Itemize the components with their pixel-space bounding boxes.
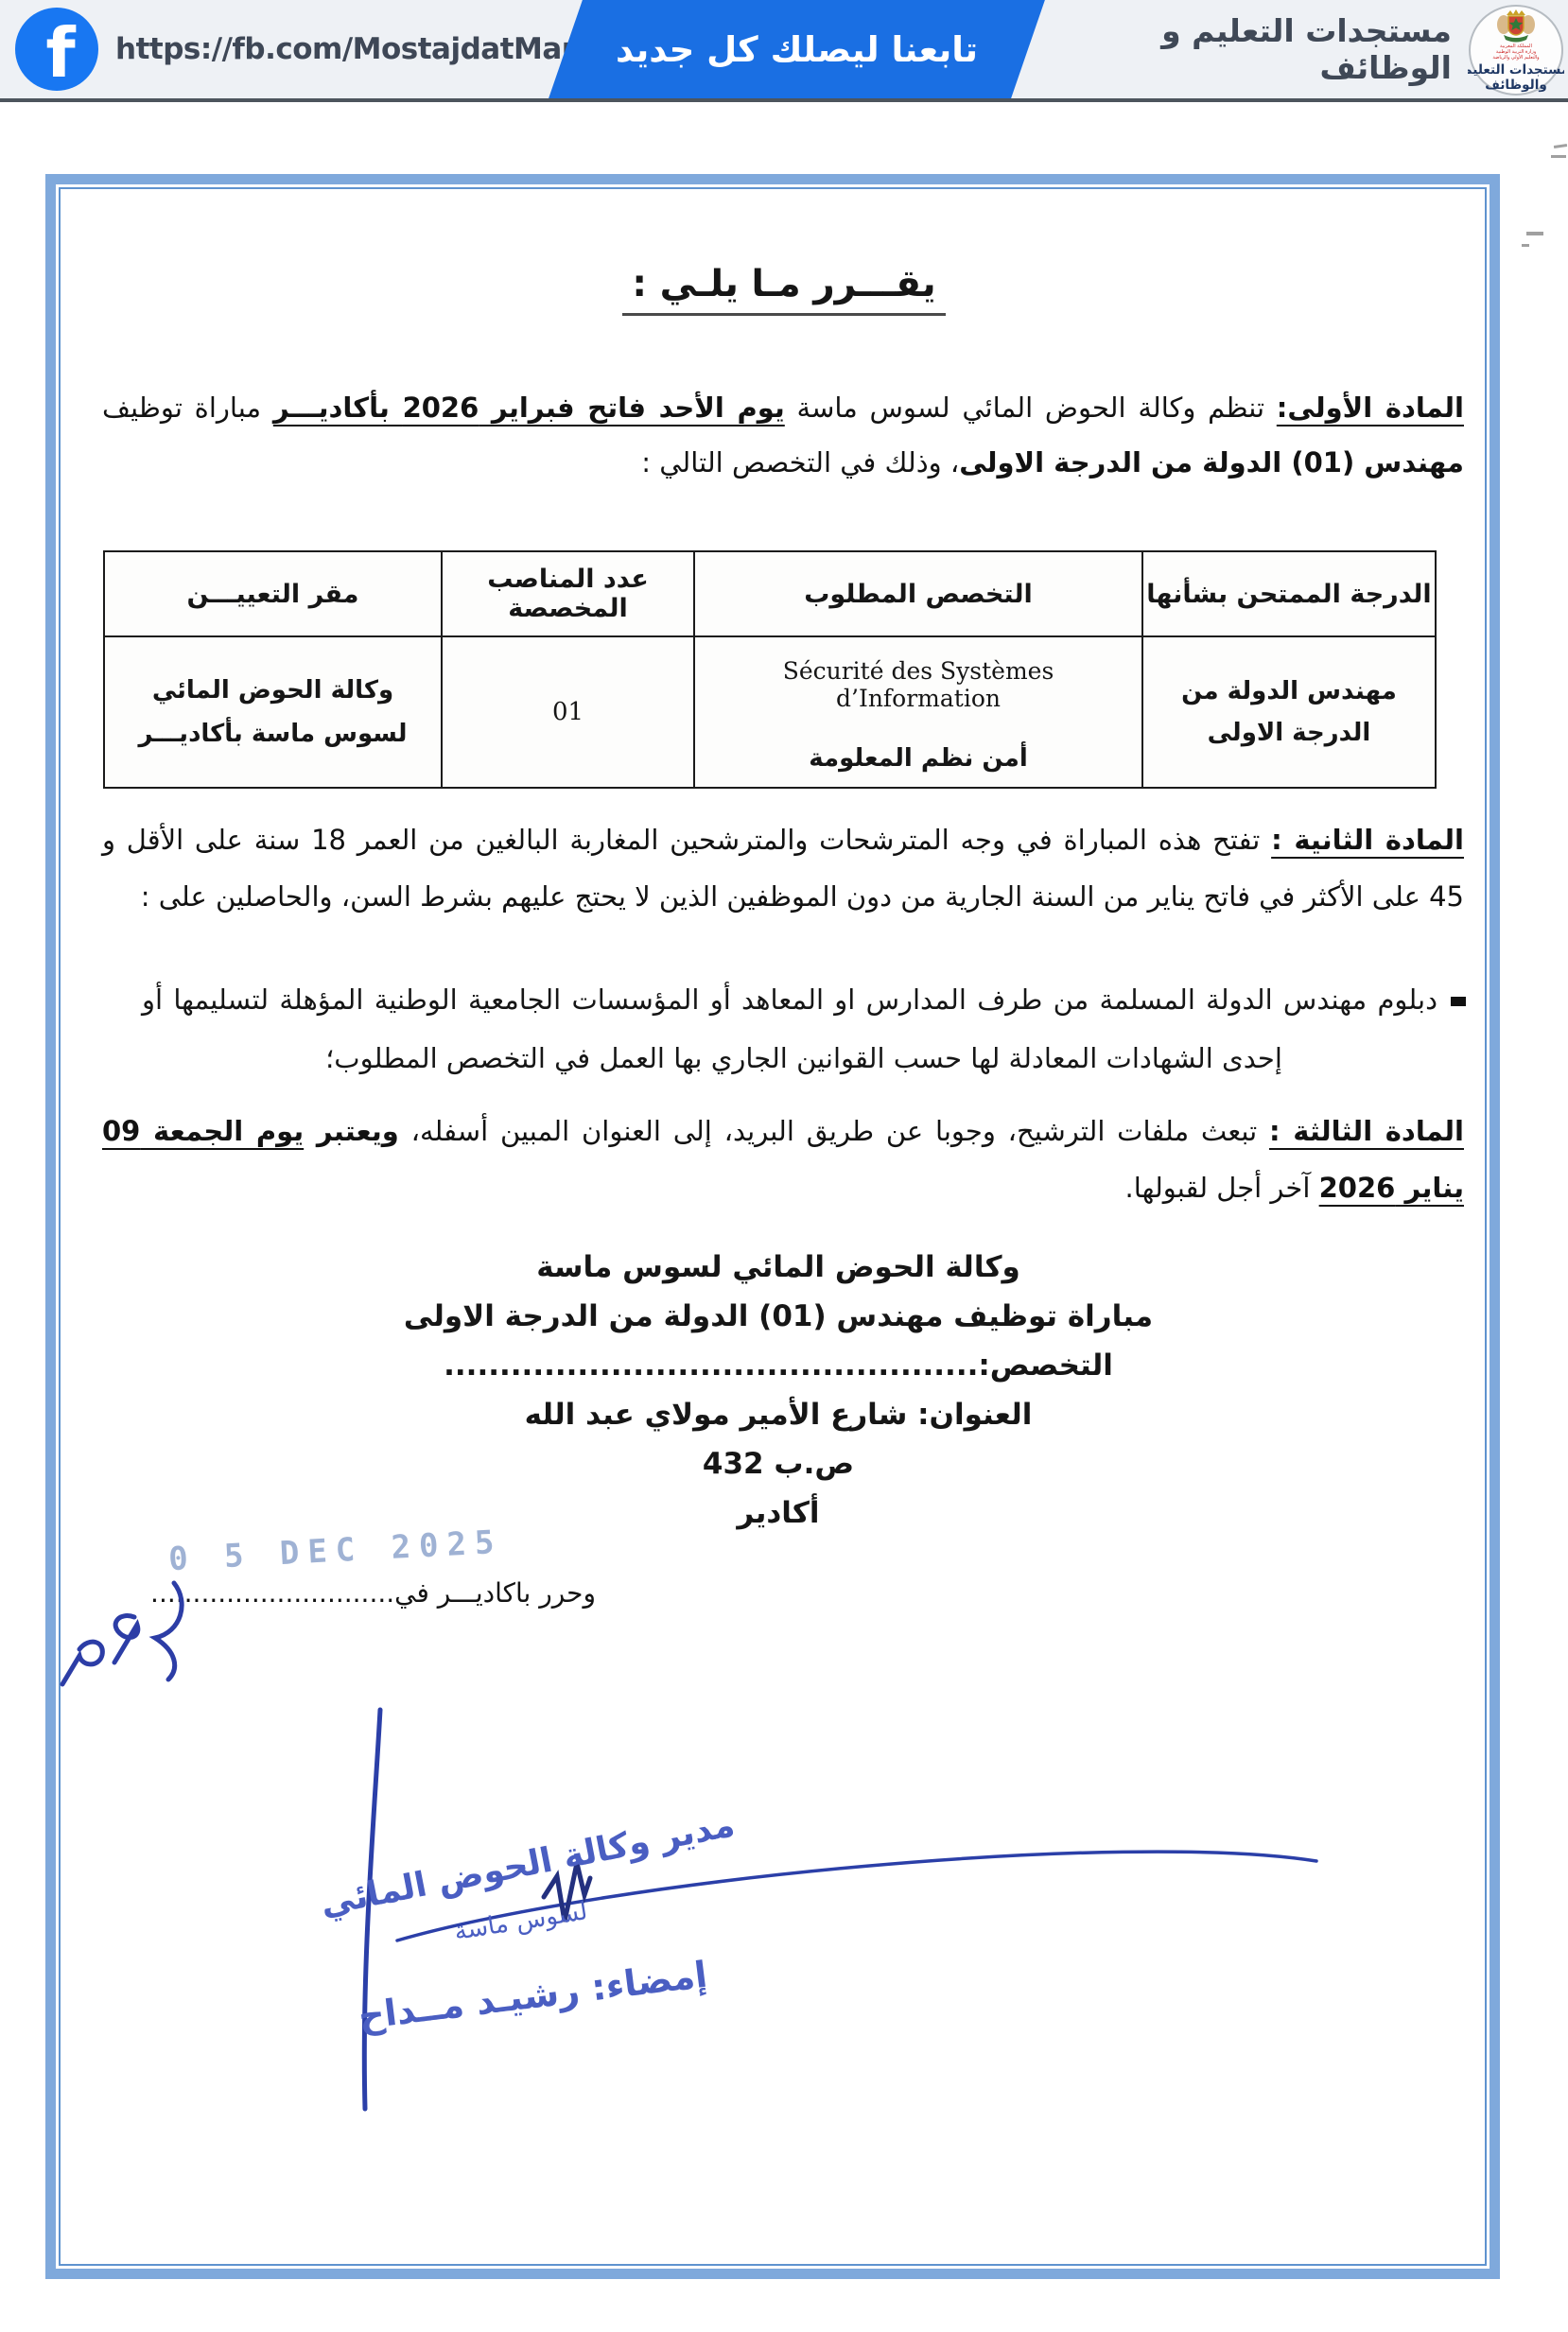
stamp-signer-name: إمضاء: رشيـد مــداح bbox=[357, 1954, 710, 2039]
article-3-paragraph: المادة الثالثة : تبعث ملفات الترشيح، وجو… bbox=[102, 1103, 1464, 1216]
badge-small-text-3: والتعليم الأولي والرياضة bbox=[1492, 54, 1540, 61]
cell-count: 01 bbox=[442, 636, 694, 788]
diploma-requirement-item: دبلوم مهندس الدولة المسلمة من طرف المدار… bbox=[142, 970, 1466, 1088]
handwritten-ink-mark-icon bbox=[40, 1562, 205, 1709]
address-city: أكادير bbox=[0, 1488, 1557, 1538]
scan-speck bbox=[1551, 155, 1566, 158]
specialty-arabic: أمن نظم المعلومة bbox=[706, 744, 1130, 773]
cell-specialty: Sécurité des Systèmes d’Information أمن … bbox=[694, 636, 1142, 788]
column-header-count: عدد المناصب المخصصة bbox=[442, 551, 694, 636]
address-competition: مباراة توظيف مهندس (01) الدولة من الدرجة… bbox=[0, 1292, 1557, 1341]
badge-big-text-2: والوظائف bbox=[1485, 78, 1546, 93]
scanned-announcement-page: { "banner": { "fb_letter": "f", "fb_url"… bbox=[0, 0, 1568, 2332]
cell-location: وكالة الحوض المائي لسوس ماسة بأكاديـــر bbox=[104, 636, 442, 788]
article-1-label: المادة الأولى: bbox=[1277, 392, 1464, 424]
article-3-label: المادة الثالثة : bbox=[1269, 1115, 1464, 1147]
address-street: العنوان: شارع الأمير مولاي عبد الله bbox=[0, 1390, 1557, 1439]
article-1-paragraph: المادة الأولى: تنظم وكالة الحوض المائي ل… bbox=[102, 380, 1464, 490]
cell-grade: مهندس الدولة من الدرجة الاولى bbox=[1142, 636, 1436, 788]
facebook-url[interactable]: https://fb.com/MostajdatMaroc bbox=[115, 0, 612, 98]
facebook-f-glyph: f bbox=[45, 15, 75, 91]
specialty-french: Sécurité des Systèmes d’Information bbox=[706, 657, 1130, 712]
address-specialty-dotted-line: التخصص:.................................… bbox=[0, 1341, 1557, 1390]
address-agency: وكالة الحوض المائي لسوس ماسة bbox=[0, 1243, 1557, 1292]
exam-date: يوم الأحد فاتح فبراير 2026 بأكاديـــر bbox=[273, 392, 785, 424]
column-header-specialty: التخصص المطلوب bbox=[694, 551, 1142, 636]
article-2-paragraph: المادة الثانية : تفتح هذه المباراة في وج… bbox=[102, 811, 1464, 925]
site-title: مستجدات التعليم و الوظائف bbox=[1054, 0, 1452, 98]
scan-speck bbox=[1526, 232, 1543, 235]
header-banner: f https://fb.com/MostajdatMaroc تابعنا ل… bbox=[0, 0, 1568, 102]
table-header-row: الدرجة الممتحن بشأنها التخصص المطلوب عدد… bbox=[104, 551, 1436, 636]
square-bullet-icon bbox=[1451, 997, 1466, 1006]
scan-speck bbox=[1522, 244, 1529, 247]
column-header-location: مقر التعييـــن bbox=[104, 551, 442, 636]
table-row: مهندس الدولة من الدرجة الاولى Sécurité d… bbox=[104, 636, 1436, 788]
positions-table: الدرجة الممتحن بشأنها التخصص المطلوب عدد… bbox=[103, 550, 1437, 789]
article-2-label: المادة الثانية : bbox=[1271, 824, 1464, 856]
facebook-icon: f bbox=[15, 8, 98, 91]
diploma-requirement-text: دبلوم مهندس الدولة المسلمة من طرف المدار… bbox=[142, 983, 1437, 1074]
post-grade: مهندس (01) الدولة من الدرجة الاولى bbox=[959, 446, 1464, 479]
address-po-box: ص.ب 432 bbox=[0, 1439, 1557, 1488]
mailing-address-block: وكالة الحوض المائي لسوس ماسة مباراة توظي… bbox=[0, 1243, 1557, 1538]
scan-speck bbox=[1554, 144, 1567, 148]
stamp-agency-name: لسوس ماسة bbox=[452, 1897, 589, 1946]
decision-title: يقـــرر مـا يلـي : bbox=[0, 263, 1568, 316]
banner-slogan: تابعنا ليصلك كل جديد bbox=[566, 0, 1028, 98]
issued-at-line: وحرر باكاديـــر في......................… bbox=[140, 1577, 596, 1609]
signature-and-stamp: مدير وكالة الحوض المائي لسوس ماسة إمضاء:… bbox=[218, 1681, 1400, 2135]
badge-big-text-1: مستجدات التعليم bbox=[1468, 62, 1564, 78]
column-header-grade: الدرجة الممتحن بشأنها bbox=[1142, 551, 1436, 636]
site-badge: المملكة المغربية وزارة التربية الوطنية و… bbox=[1468, 4, 1564, 96]
